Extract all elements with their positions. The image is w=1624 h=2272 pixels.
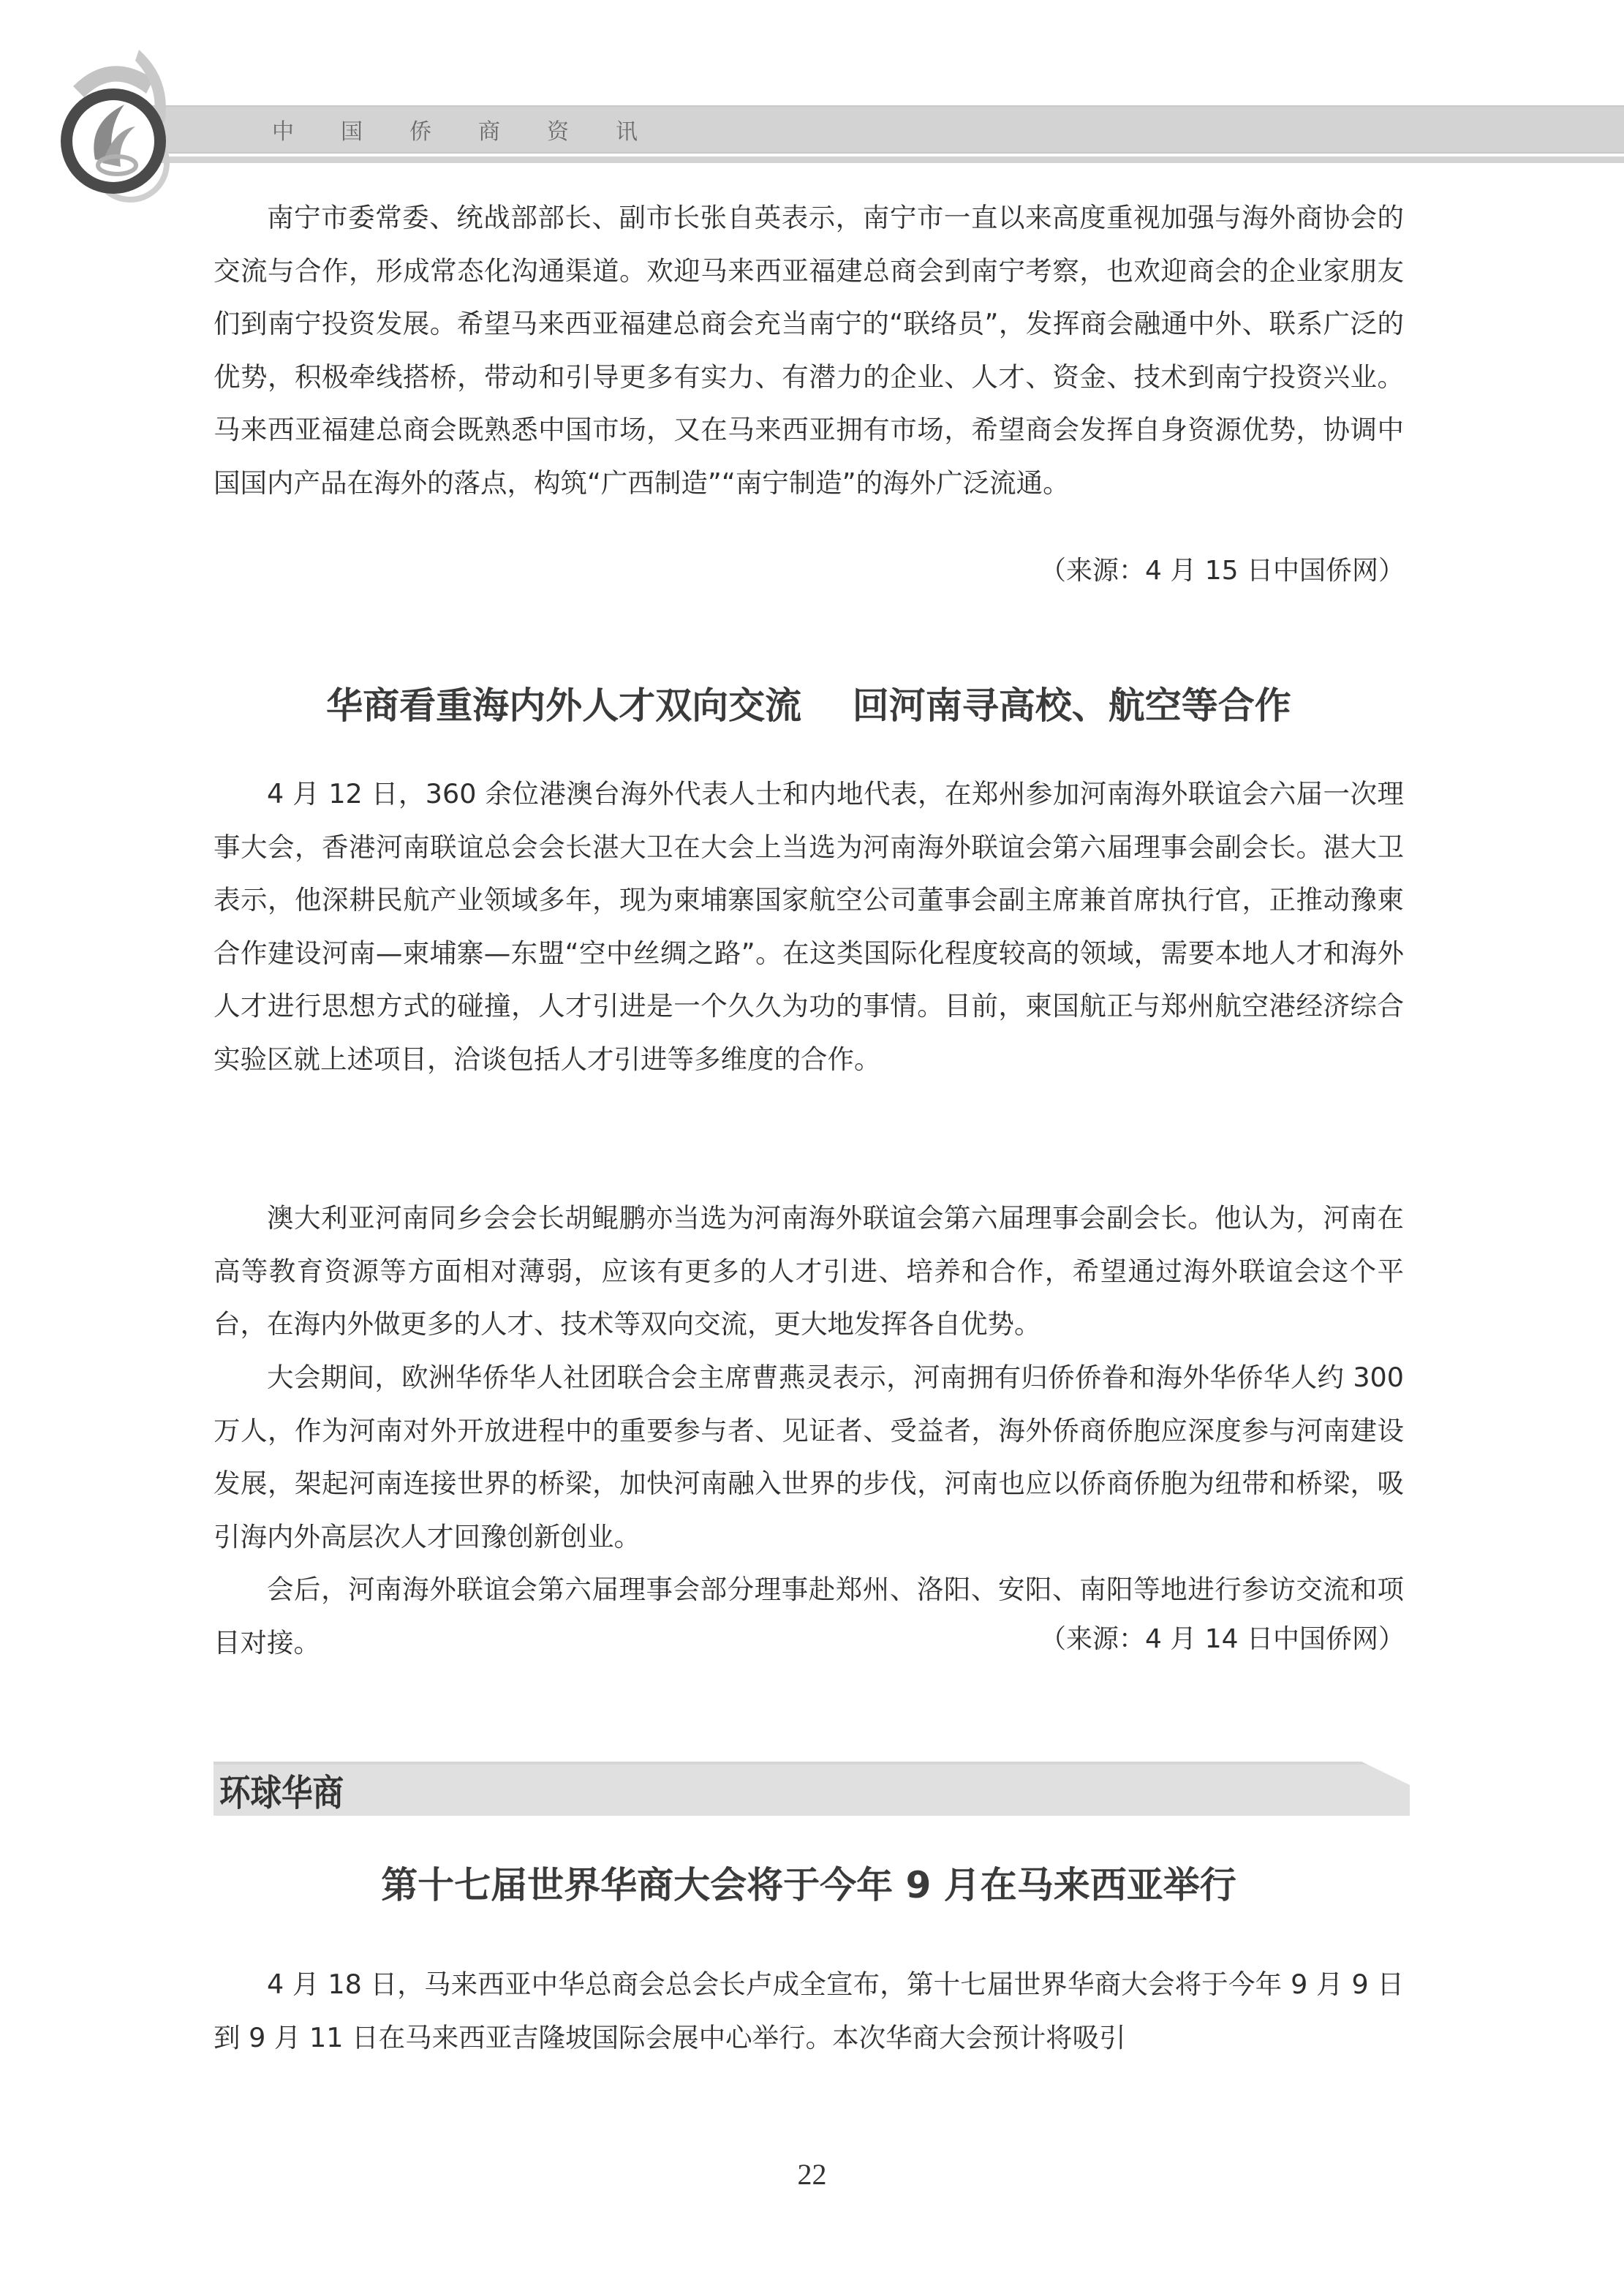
publication-title: 中 国 侨 商 资 讯 <box>272 113 684 147</box>
article2-paragraph-2: 澳大利亚河南同乡会会长胡鲲鹏亦当选为河南海外联谊会第六届理事会副会长。他认为，河… <box>214 1192 1404 1351</box>
article1-source: （来源：4 月 15 日中国侨网） <box>1040 550 1405 587</box>
section-label: 环球华商 <box>219 1764 344 1816</box>
header-bar-underline <box>116 156 1624 163</box>
title-char: 国 <box>341 113 409 147</box>
article1-paragraph: 南宁市委常委、统战部部长、副市长张自英表示，南宁市一直以来高度重视加强与海外商协… <box>214 192 1404 510</box>
federation-logo-icon <box>44 35 190 211</box>
article2-title: 华商看重海内外人才双向交流 回河南寻高校、航空等合作 <box>214 676 1404 729</box>
article2-paragraph-1: 4 月 12 日，360 余位港澳台海外代表人士和内地代表，在郑州参加河南海外联… <box>214 768 1404 1086</box>
title-char: 中 <box>272 113 341 147</box>
article3-title: 第十七届世界华商大会将于今年 9 月在马来西亚举行 <box>214 1856 1404 1909</box>
article2-paragraph-3: 大会期间，欧洲华侨华人社团联合会主席曹燕灵表示，河南拥有归侨侨眷和海外华侨华人约… <box>214 1351 1404 1563</box>
page-number: 22 <box>0 2157 1624 2192</box>
article3-paragraph-1: 4 月 18 日，马来西亚中华总商会总会长卢成全宣布，第十七届世界华商大会将于今… <box>214 1958 1404 2064</box>
title-char: 讯 <box>616 113 684 147</box>
title-char: 资 <box>547 113 616 147</box>
title-char: 侨 <box>409 113 478 147</box>
title-char: 商 <box>478 113 547 147</box>
article2-source: （来源：4 月 14 日中国侨网） <box>1040 1618 1405 1656</box>
section-banner <box>214 1762 1410 1816</box>
